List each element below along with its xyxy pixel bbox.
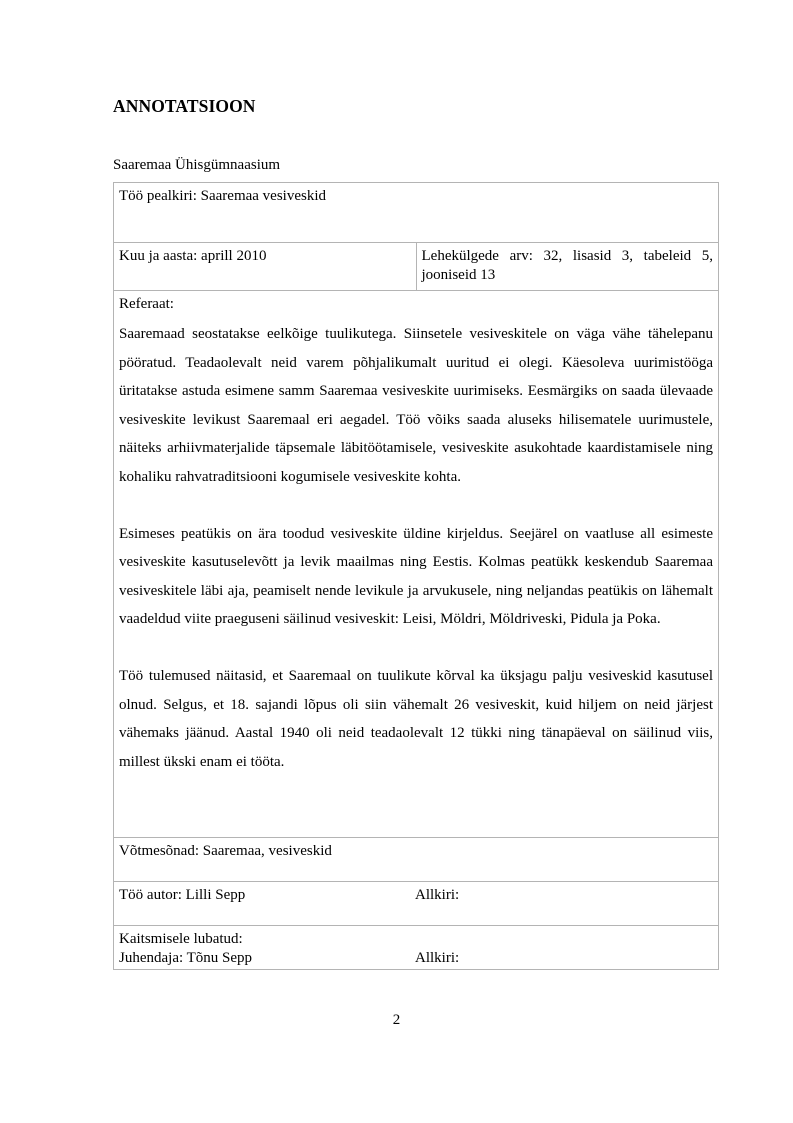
abstract-row: Referaat: Saaremaad seostatakse eelkõige… <box>114 291 719 838</box>
supervisor-signature-label: Allkiri: <box>415 949 459 968</box>
abstract-paragraph: Esimeses peatükis on ära toodud vesivesk… <box>119 520 713 634</box>
abstract-cell: Referaat: Saaremaad seostatakse eelkõige… <box>114 291 719 838</box>
supervisor-row: Kaitsmisele lubatud: Juhendaja: Tõnu Sep… <box>114 926 719 970</box>
page-count: Lehekülgede arv: 32, lisasid 3, tabeleid… <box>416 243 719 291</box>
page-heading: ANNOTATSIOON <box>113 96 256 117</box>
supervisor-name: Juhendaja: Tõnu Sepp <box>119 949 415 968</box>
defense-approval-label: Kaitsmisele lubatud: <box>119 930 713 949</box>
keywords: Võtmesõnad: Saaremaa, vesiveskid <box>114 838 719 882</box>
author-signature-label: Allkiri: <box>415 886 459 905</box>
page-number: 2 <box>0 1012 793 1029</box>
author-row: Töö autor: Lilli Sepp Allkiri: <box>114 882 719 926</box>
annotation-table: Töö pealkiri: Saaremaa vesiveskid Kuu ja… <box>113 182 719 970</box>
abstract-paragraph: Töö tulemused näitasid, et Saaremaal on … <box>119 662 713 776</box>
date-row: Kuu ja aasta: aprill 2010 Lehekülgede ar… <box>114 243 719 291</box>
work-title: Töö pealkiri: Saaremaa vesiveskid <box>114 183 719 243</box>
author-name: Töö autor: Lilli Sepp <box>119 886 415 905</box>
abstract-label: Referaat: <box>119 295 713 314</box>
title-row: Töö pealkiri: Saaremaa vesiveskid <box>114 183 719 243</box>
abstract-paragraph: Saaremaad seostatakse eelkõige tuulikute… <box>119 320 713 491</box>
month-year: Kuu ja aasta: aprill 2010 <box>114 243 417 291</box>
keywords-row: Võtmesõnad: Saaremaa, vesiveskid <box>114 838 719 882</box>
school-name: Saaremaa Ühisgümnaasium <box>113 157 280 174</box>
